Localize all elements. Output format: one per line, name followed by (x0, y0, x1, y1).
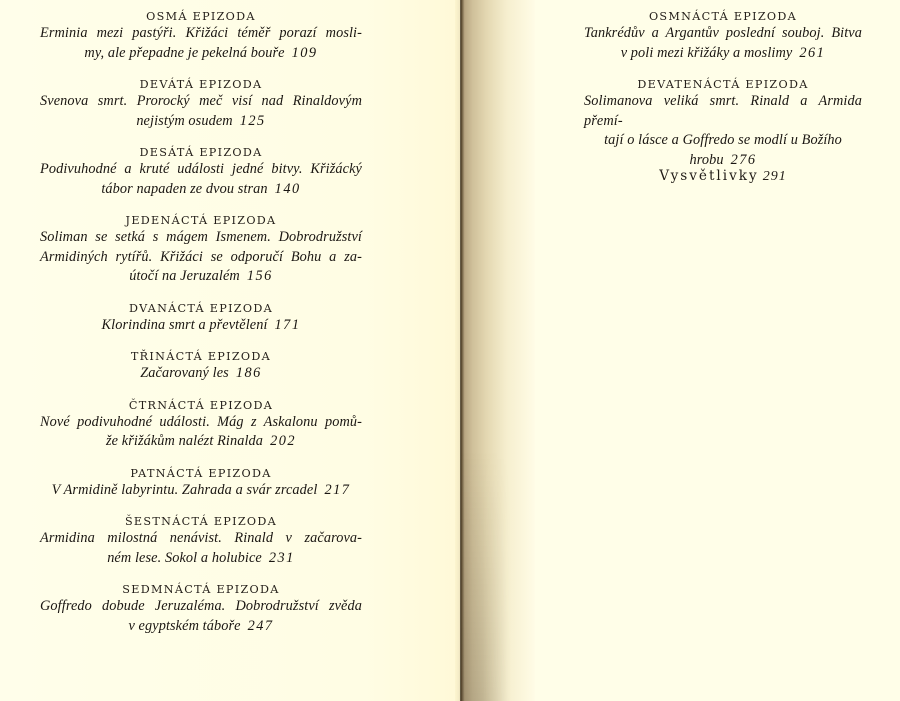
chapter-heading: TŘINÁCTÁ EPIZODA (38, 349, 364, 364)
description-text: v poli mezi křižáky a moslimy (621, 45, 793, 61)
chapter-heading: JEDENÁCTÁ EPIZODA (38, 213, 364, 228)
chapter-description: Armidina milostná nenávist. Rinald v zač… (38, 529, 364, 568)
toc-entry: DVANÁCTÁ EPIZODA Klorindina smrt a převt… (38, 301, 364, 336)
description-line-last: v poli mezi křižáky a moslimy261 (584, 44, 862, 64)
description-line: Armidiných rytířů. Křižáci se odporučí B… (40, 248, 362, 268)
description-line-last: tají o lásce a Goffredo se modlí u Božíh… (584, 131, 862, 170)
description-text: Klorindina smrt a převtělení (102, 317, 268, 333)
description-text: my, ale přepadne je pekelná bouře (84, 45, 284, 61)
description-line: Erminia mezi pastýři. Křižáci téměř pora… (40, 24, 362, 44)
toc-entry: ČTRNÁCTÁ EPIZODA Nové podivuhodné událos… (38, 398, 364, 452)
description-text: tábor napaden ze dvou stran (101, 181, 267, 197)
description-line-last: Klorindina smrt a převtělení171 (40, 316, 362, 336)
toc-entry: TŘINÁCTÁ EPIZODA Začarovaný les186 (38, 349, 364, 384)
chapter-description: Podivuhodné a kruté události jedné bitvy… (38, 160, 364, 199)
description-text: že křižákům nalézt Rinalda (106, 433, 263, 449)
table-of-contents-right: OSMNÁCTÁ EPIZODA Tankrédův a Argantův po… (582, 9, 864, 170)
chapter-description: Svenova smrt. Prorocký meč visí nad Rina… (38, 92, 364, 131)
chapter-description: Nové podivuhodné události. Mág z Askalon… (38, 413, 364, 452)
chapter-description: V Armidině labyrintu. Zahrada a svár zrc… (38, 481, 364, 501)
toc-entry: OSMNÁCTÁ EPIZODA Tankrédův a Argantův po… (582, 9, 864, 63)
toc-entry: PATNÁCTÁ EPIZODA V Armidině labyrintu. Z… (38, 466, 364, 501)
page-number: 247 (248, 618, 274, 634)
description-line-last: V Armidině labyrintu. Zahrada a svár zrc… (40, 481, 362, 501)
description-line: Tankrédův a Argantův poslední souboj. Bi… (584, 24, 862, 44)
description-line: Soliman se setká s mágem Ismenem. Dobrod… (40, 228, 362, 248)
description-text: V Armidině labyrintu. Zahrada a svár zrc… (52, 482, 318, 498)
toc-entry: OSMÁ EPIZODA Erminia mezi pastýři. Křižá… (38, 9, 364, 63)
toc-entry: JEDENÁCTÁ EPIZODA Soliman se setká s mág… (38, 213, 364, 287)
description-line-last: v egyptském táboře247 (40, 617, 362, 637)
page-number: 186 (236, 365, 262, 381)
description-line: Svenova smrt. Prorocký meč visí nad Rina… (40, 92, 362, 112)
toc-entry: SEDMNÁCTÁ EPIZODA Goffredo dobude Jeruza… (38, 582, 364, 636)
toc-entry: DEVÁTÁ EPIZODA Svenova smrt. Prorocký me… (38, 77, 364, 131)
page-number: 140 (275, 181, 301, 197)
page-number: 261 (799, 45, 825, 61)
chapter-description: Solimanova veliká smrt. Rinald a Armida … (582, 92, 864, 170)
chapter-heading: DEVATENÁCTÁ EPIZODA (582, 77, 864, 92)
chapter-heading: ŠESTNÁCTÁ EPIZODA (38, 514, 364, 529)
description-line: Podivuhodné a kruté události jedné bitvy… (40, 160, 362, 180)
gutter-shadow (455, 451, 535, 701)
chapter-heading: OSMÁ EPIZODA (38, 9, 364, 24)
description-line-last: nejistým osudem125 (40, 112, 362, 132)
chapter-heading: DESÁTÁ EPIZODA (38, 145, 364, 160)
page-number: 231 (269, 550, 295, 566)
toc-entry: ŠESTNÁCTÁ EPIZODA Armidina milostná nená… (38, 514, 364, 568)
chapter-heading: OSMNÁCTÁ EPIZODA (582, 9, 864, 24)
page-number: 171 (275, 317, 301, 333)
chapter-description: Začarovaný les186 (38, 364, 364, 384)
description-line: Solimanova veliká smrt. Rinald a Armida … (584, 92, 862, 131)
description-line-last: my, ale přepadne je pekelná bouře109 (40, 44, 362, 64)
description-line-last: ném lese. Sokol a holubice231 (40, 549, 362, 569)
chapter-heading: DEVÁTÁ EPIZODA (38, 77, 364, 92)
description-text: v egyptském táboře (128, 618, 240, 634)
chapter-description: Erminia mezi pastýři. Křižáci téměř pora… (38, 24, 364, 63)
chapter-heading: SEDMNÁCTÁ EPIZODA (38, 582, 364, 597)
description-line-last: útočí na Jeruzalém156 (40, 267, 362, 287)
book-spread: OSMÁ EPIZODA Erminia mezi pastýři. Křižá… (0, 0, 900, 701)
page-number: 125 (240, 113, 266, 129)
page-number: 109 (292, 45, 318, 61)
description-text: tají o lásce a Goffredo se modlí u Božíh… (604, 132, 842, 168)
description-line: Goffredo dobude Jeruzaléma. Dobrodružstv… (40, 597, 362, 617)
notes-entry: Vysvětlivky291 (582, 168, 864, 185)
page-number: 217 (324, 482, 350, 498)
description-line-last: Začarovaný les186 (40, 364, 362, 384)
description-line: Armidina milostná nenávist. Rinald v zač… (40, 529, 362, 549)
description-text: nejistým osudem (136, 113, 232, 129)
description-line-last: tábor napaden ze dvou stran140 (40, 180, 362, 200)
chapter-heading: ČTRNÁCTÁ EPIZODA (38, 398, 364, 413)
toc-entry: DEVATENÁCTÁ EPIZODA Solimanova veliká sm… (582, 77, 864, 170)
chapter-description: Tankrédův a Argantův poslední souboj. Bi… (582, 24, 864, 63)
page-number: 202 (270, 433, 296, 449)
table-of-contents-left: OSMÁ EPIZODA Erminia mezi pastýři. Křižá… (38, 9, 364, 636)
page-number: 156 (247, 268, 273, 284)
description-text: Začarovaný les (140, 365, 229, 381)
notes-page-number: 291 (763, 169, 787, 184)
page-number: 276 (731, 152, 757, 168)
description-line: Nové podivuhodné události. Mág z Askalon… (40, 413, 362, 433)
chapter-heading: DVANÁCTÁ EPIZODA (38, 301, 364, 316)
description-text: ném lese. Sokol a holubice (107, 550, 262, 566)
description-text: útočí na Jeruzalém (129, 268, 240, 284)
chapter-description: Goffredo dobude Jeruzaléma. Dobrodružstv… (38, 597, 364, 636)
chapter-heading: PATNÁCTÁ EPIZODA (38, 466, 364, 481)
description-line-last: že křižákům nalézt Rinalda202 (40, 432, 362, 452)
chapter-description: Klorindina smrt a převtělení171 (38, 316, 364, 336)
chapter-description: Soliman se setká s mágem Ismenem. Dobrod… (38, 228, 364, 287)
notes-label: Vysvětlivky (659, 168, 758, 184)
toc-entry: DESÁTÁ EPIZODA Podivuhodné a kruté událo… (38, 145, 364, 199)
